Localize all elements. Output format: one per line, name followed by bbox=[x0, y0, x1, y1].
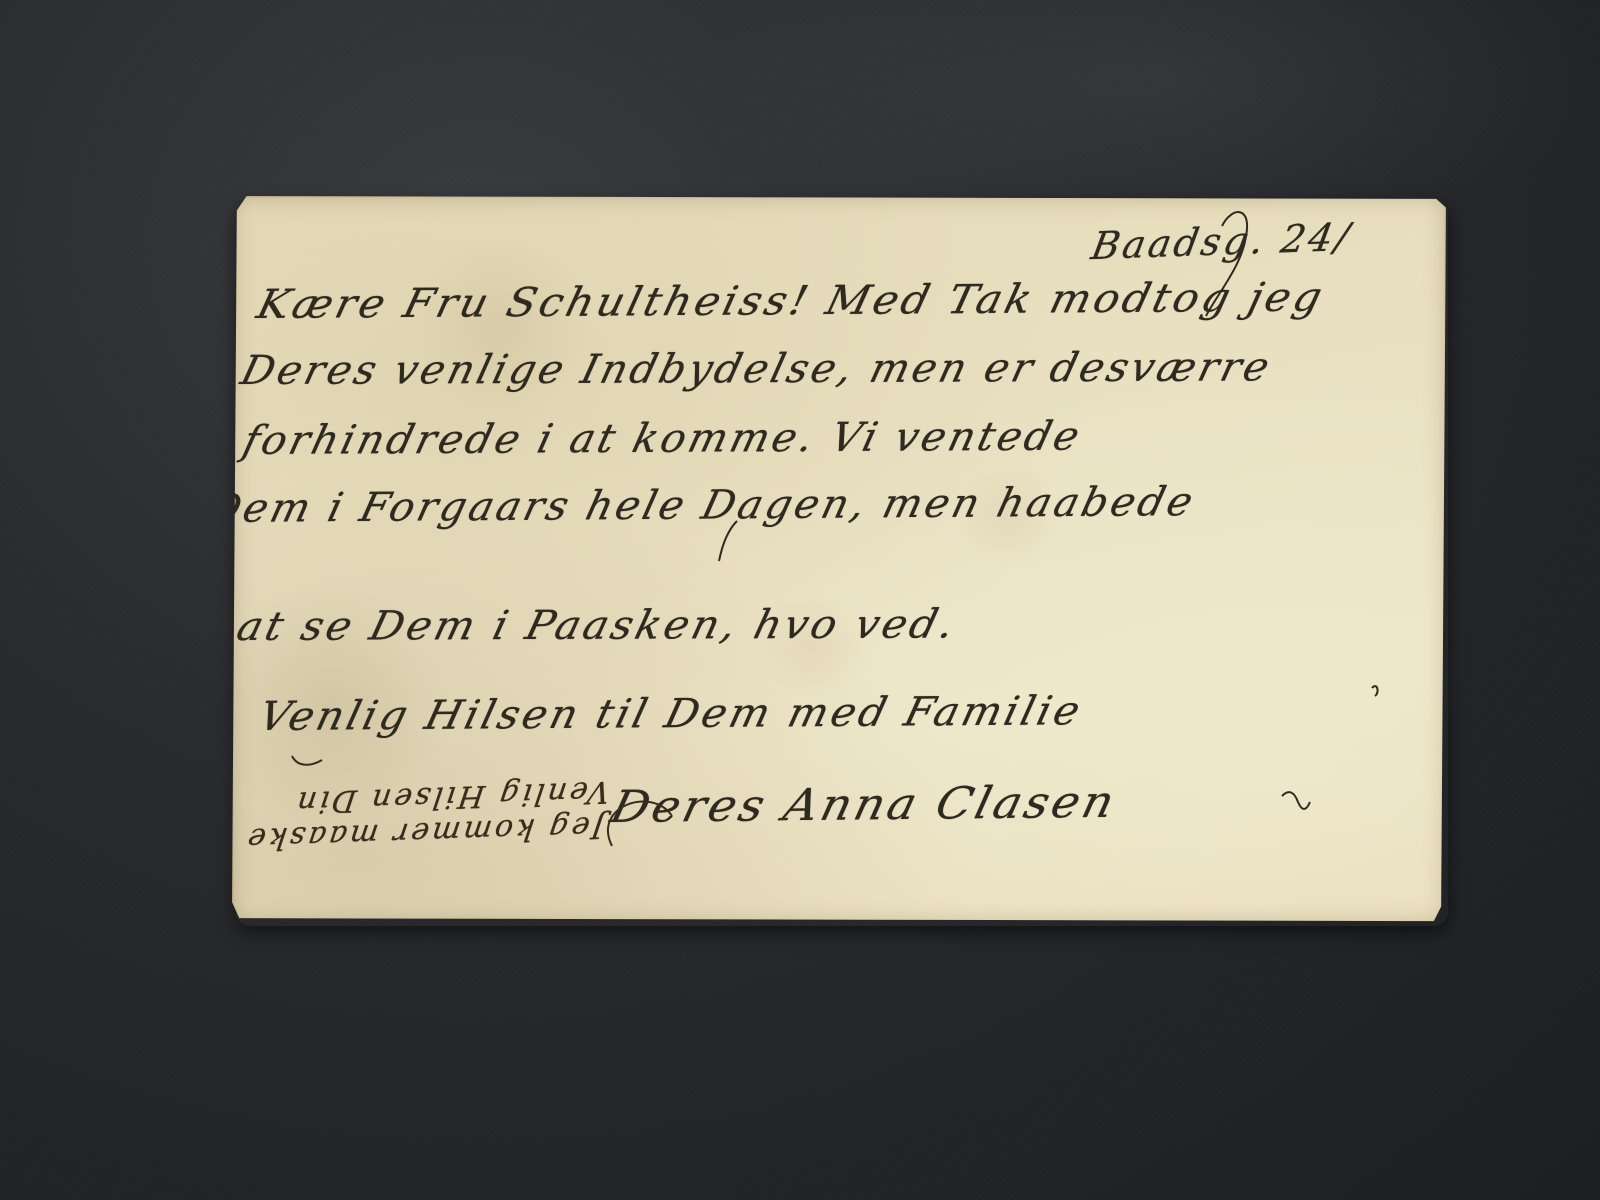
upside-down-note: Jeg kommer maaske i morgen Venlig Hilsen… bbox=[70, 774, 612, 863]
message-line-2: Deres venlige Indbydelse, men er desværr… bbox=[236, 344, 1276, 394]
message-line-3: forhindrede i at komme. Vi ventede bbox=[238, 414, 1087, 464]
message-line-4: Dem i Forgaars hele Dagen, men haabede bbox=[202, 479, 1200, 532]
signature: Deres Anna Clasen bbox=[606, 777, 1122, 833]
postcard: Baadsg. 24/ Kære Fru Schultheiss! Med Ta… bbox=[232, 196, 1446, 924]
message-line-6: Venlig Hilsen til Dem med Familie bbox=[254, 688, 1087, 740]
place-date: Baadsg. 24/ bbox=[1088, 215, 1355, 268]
message-line-1: Kære Fru Schultheiss! Med Tak modtog jeg bbox=[252, 275, 1329, 329]
message-line-5: at se Dem i Paasken, hvo ved. bbox=[232, 601, 962, 650]
